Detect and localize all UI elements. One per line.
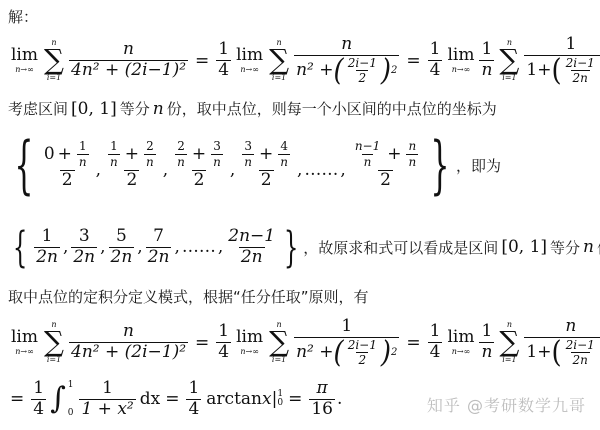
numerator: 3 xyxy=(77,228,92,247)
midpoint-set-1: { 0+1n 2 , 1n+2n 2 , 2n+3n 2 , 3n+4n 2 ,… xyxy=(8,140,501,190)
set-item: 72n xyxy=(146,228,172,267)
lim-subscript: n→∞ xyxy=(15,348,34,356)
equals-sign: = xyxy=(165,389,179,409)
fraction-term2: n n² + ( 2i−12 )2 xyxy=(294,36,399,85)
a-den: n xyxy=(175,154,187,169)
numerator: 1 xyxy=(480,323,495,342)
plus: + xyxy=(125,146,139,164)
lim-subscript: n→∞ xyxy=(452,66,471,74)
set-item: 52n xyxy=(109,228,135,267)
a-num: 2 xyxy=(175,140,187,154)
numerator: 1 xyxy=(40,228,55,247)
text: 取中点位的定积分定义模式，根据“任分任取”原则，有 xyxy=(8,286,369,307)
summation-icon: n ∑ i=1 xyxy=(269,39,289,82)
denominator: 1+ ( 2i−12n )2 xyxy=(524,55,600,85)
denominator: 2 xyxy=(60,170,75,190)
numerator: 1 xyxy=(428,323,443,342)
equation-step1: lim n→∞ n ∑ i=1 n 4n² + (2i−1)² = 1 4 li… xyxy=(8,36,600,85)
coefficient-quarter: 1 4 xyxy=(428,41,443,80)
limit-operator: lim n→∞ xyxy=(447,329,474,356)
a: 0 xyxy=(44,146,55,164)
integral-icon: ∫ xyxy=(50,384,66,414)
limit-operator: lim n→∞ xyxy=(11,47,38,74)
equation-step3: = 1 4 ∫ 1 0 1 1 + x² dx = 1 4 arctan x |… xyxy=(8,380,342,419)
numerator: 1 xyxy=(216,323,231,342)
midpoint-item: n−1n+nn 2 xyxy=(349,140,422,189)
a-den: n xyxy=(362,154,374,169)
numerator: n xyxy=(121,323,136,342)
summation-icon: n ∑ i=1 xyxy=(44,321,64,364)
numerator: n xyxy=(563,318,578,337)
arctan-text: arctan xyxy=(206,389,262,409)
midpoint-item: 1n+2n 2 xyxy=(104,140,160,189)
fraction-one-over-n: 1 n xyxy=(479,323,494,362)
equals-sign: = xyxy=(406,333,420,353)
set-item: 32n xyxy=(71,228,97,267)
fraction-term1: n 4n² + (2i−1)² xyxy=(69,323,188,362)
b-den: n xyxy=(77,154,89,169)
denominator: n xyxy=(479,342,494,362)
integral-limits: 1 0 xyxy=(68,380,74,418)
plus: + xyxy=(192,146,206,164)
left-brace: { xyxy=(13,226,28,268)
ellipsis: …… xyxy=(304,160,338,180)
den-prefix: n² + xyxy=(296,62,333,80)
right-brace: } xyxy=(284,226,299,268)
summation-icon: n ∑ i=1 xyxy=(499,39,519,82)
equals-sign: = xyxy=(10,389,24,409)
var-x: x xyxy=(262,389,272,409)
b-num: n xyxy=(406,140,418,154)
right-brace: } xyxy=(431,134,450,197)
lower: 0 xyxy=(277,399,283,408)
inner-den: 2 xyxy=(356,352,368,367)
interval: [0, 1] xyxy=(501,237,547,257)
integrand: 1 1 + x² xyxy=(79,380,135,419)
equals-sign: = xyxy=(195,51,209,71)
denominator: n² + ( 2i−12 )2 xyxy=(294,55,399,85)
denominator: n xyxy=(479,60,494,80)
heading-text: 解： xyxy=(8,6,38,27)
sum-lower: i=1 xyxy=(47,356,61,364)
denominator: 4 xyxy=(216,342,231,362)
denominator: 1 + x² xyxy=(79,399,135,419)
a-num: 1 xyxy=(108,140,120,154)
numerator: 7 xyxy=(151,228,166,247)
numerator: π xyxy=(315,380,330,399)
denominator: 16 xyxy=(309,399,335,419)
denominator: 4n² + (2i−1)² xyxy=(69,60,188,80)
lim-subscript: n→∞ xyxy=(240,66,259,74)
evaluation-limits: 1 0 xyxy=(277,390,283,408)
limit-operator: lim n→∞ xyxy=(236,47,263,74)
var-n: n xyxy=(583,237,594,257)
lim-subscript: n→∞ xyxy=(15,66,34,74)
differential: dx xyxy=(140,389,160,409)
sum-lower: i=1 xyxy=(272,356,286,364)
denominator: 1+ ( 2i−12n )2 xyxy=(524,337,600,367)
equals-sign: = xyxy=(195,333,209,353)
den-prefix: 1+ xyxy=(526,344,551,362)
limit-operator: lim n→∞ xyxy=(447,47,474,74)
coefficient-quarter: 1 4 xyxy=(216,41,231,80)
set-item: 12n xyxy=(34,228,60,267)
suffix-text: 等分 xyxy=(550,237,580,258)
interval: [0, 1] xyxy=(71,99,117,119)
var-n: n xyxy=(153,99,164,119)
numerator: 1 xyxy=(100,380,115,399)
limit-operator: lim n→∞ xyxy=(236,329,263,356)
inner-num: 2i−1 xyxy=(346,57,379,71)
coefficient-quarter: 1 4 xyxy=(31,380,46,419)
denominator: 2n xyxy=(34,247,60,267)
numerator: 1 xyxy=(563,36,578,55)
fraction-term1: n 4n² + (2i−1)² xyxy=(69,41,188,80)
sum-lower: i=1 xyxy=(272,74,286,82)
b-den: n xyxy=(278,154,290,169)
plus: + xyxy=(387,146,401,164)
a-num: 3 xyxy=(242,140,254,154)
midpoint-item: 0+1n 2 xyxy=(42,140,93,189)
summation-icon: n ∑ i=1 xyxy=(499,321,519,364)
lim-subscript: n→∞ xyxy=(240,348,259,356)
denominator: 4 xyxy=(428,60,443,80)
equation-step2: lim n→∞ n ∑ i=1 n 4n² + (2i−1)² = 1 4 li… xyxy=(8,318,600,367)
numerator: 5 xyxy=(114,228,129,247)
b-num: 3 xyxy=(211,140,223,154)
numerator: 1 xyxy=(428,41,443,60)
numerator: 1 xyxy=(186,380,201,399)
midpoint-item: 3n+4n 2 xyxy=(238,140,294,189)
numerator: 1 xyxy=(480,41,495,60)
denominator: 2n xyxy=(109,247,135,267)
denominator: 2 xyxy=(259,170,274,190)
inner-den: 2n xyxy=(571,352,590,367)
lim-text: lim xyxy=(236,47,263,64)
denominator: 2n xyxy=(146,247,172,267)
numerator: n xyxy=(339,36,354,55)
numerator: 1 xyxy=(216,41,231,60)
inner-den: 2 xyxy=(356,70,368,85)
summation-icon: n ∑ i=1 xyxy=(269,321,289,364)
text: 等分 xyxy=(120,98,150,119)
equals-sign: = xyxy=(406,51,420,71)
a-den: n xyxy=(108,154,120,169)
solution-heading: 解： xyxy=(8,6,38,27)
numerator: 1 xyxy=(339,318,354,337)
b-den: n xyxy=(144,154,156,169)
ellipsis: …… xyxy=(182,237,216,257)
lim-text: lim xyxy=(11,329,38,346)
equals-sign: = xyxy=(288,389,302,409)
limit-operator: lim n→∞ xyxy=(11,329,38,356)
inner-num: 2i−1 xyxy=(564,339,597,353)
b-den: n xyxy=(406,154,418,169)
b-num: 1 xyxy=(77,140,89,154)
lim-text: lim xyxy=(447,47,474,64)
numerator: 1 xyxy=(31,380,46,399)
b-num: 2 xyxy=(144,140,156,154)
summation-icon: n ∑ i=1 xyxy=(44,39,64,82)
sum-lower: i=1 xyxy=(502,356,516,364)
a-den: n xyxy=(242,154,254,169)
inner-den: 2n xyxy=(571,70,590,85)
denominator: 2 xyxy=(124,170,139,190)
fraction-term3: 1 1+ ( 2i−12n )2 xyxy=(524,36,600,85)
denominator: 4n² + (2i−1)² xyxy=(69,342,188,362)
paragraph-interval: 考虑区间 [0, 1] 等分 n 份，取中点位，则每一个小区间的中点位的坐标为 xyxy=(8,98,497,119)
midpoint-item: 2n+3n 2 xyxy=(171,140,227,189)
inner-num: 2i−1 xyxy=(346,339,379,353)
lim-text: lim xyxy=(11,47,38,64)
result-fraction: π 16 xyxy=(309,380,335,419)
coefficient-quarter: 1 4 xyxy=(216,323,231,362)
set-item: 2n−12n xyxy=(226,228,277,267)
plus: + xyxy=(259,146,273,164)
fraction-one-over-n: 1 n xyxy=(479,41,494,80)
a-num: n−1 xyxy=(353,140,382,154)
paragraph-principle: 取中点位的定积分定义模式，根据“任分任取”原则，有 xyxy=(8,286,369,307)
denominator: 2 xyxy=(378,170,393,190)
denominator: 4 xyxy=(186,399,201,419)
coefficient-quarter: 1 4 xyxy=(186,380,201,419)
sum-lower: i=1 xyxy=(502,74,516,82)
denominator: n² + ( 2i−12 )2 xyxy=(294,337,399,367)
upper-limit: 1 xyxy=(68,380,74,390)
suffix-text: ，即为 xyxy=(456,155,501,176)
watermark: 知乎 @考研数学九哥 xyxy=(427,393,586,416)
plus: + xyxy=(58,146,72,164)
left-brace: { xyxy=(14,134,33,197)
suffix-text: ，故原求和式可以看成是区间 xyxy=(303,237,498,258)
denominator: 4 xyxy=(216,60,231,80)
denominator: 2 xyxy=(192,170,207,190)
midpoint-set-2: { 12n , 32n , 52n , 72n , …… , 2n−12n } … xyxy=(8,228,600,267)
exponent: 2 xyxy=(391,66,397,77)
sum-lower: i=1 xyxy=(47,74,61,82)
fraction-term2: 1 n² + ( 2i−12 )2 xyxy=(294,318,399,367)
lim-subscript: n→∞ xyxy=(452,348,471,356)
exponent: 2 xyxy=(391,348,397,359)
b-den: n xyxy=(211,154,223,169)
numerator: 2n−1 xyxy=(226,228,277,247)
text: 考虑区间 xyxy=(8,98,68,119)
fraction-term3: n 1+ ( 2i−12n )2 xyxy=(524,318,600,367)
denominator: 2n xyxy=(71,247,97,267)
period: . xyxy=(337,389,342,409)
den-prefix: 1+ xyxy=(526,62,551,80)
den-prefix: n² + xyxy=(296,344,333,362)
lower-limit: 0 xyxy=(68,408,74,418)
text: 份，取中点位，则每一个小区间的中点位的坐标为 xyxy=(167,98,497,119)
numerator: n xyxy=(121,41,136,60)
denominator: 4 xyxy=(31,399,46,419)
denominator: 4 xyxy=(428,342,443,362)
inner-num: 2i−1 xyxy=(564,57,597,71)
coefficient-quarter: 1 4 xyxy=(428,323,443,362)
lim-text: lim xyxy=(236,329,263,346)
lim-text: lim xyxy=(447,329,474,346)
denominator: 2n xyxy=(239,247,265,267)
b-num: 4 xyxy=(278,140,290,154)
